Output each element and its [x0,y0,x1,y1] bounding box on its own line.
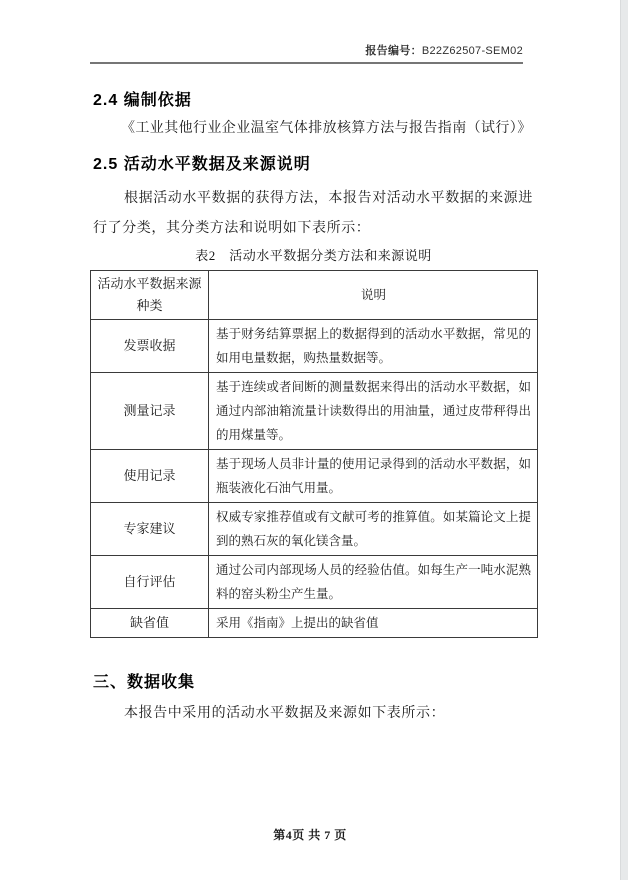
source-type-cell: 缺省值 [91,609,209,638]
description-cell: 采用《指南》上提出的缺省值 [209,609,538,638]
document-page: 报告编号：B22Z62507-SEM02 2.4 编制依据 《工业其他行业企业温… [0,0,628,880]
table-row: 发票收据 基于财务结算票据上的数据得到的活动水平数据，常见的如用电量数据，购热量… [91,320,538,373]
source-type-cell: 专家建议 [91,503,209,556]
section-heading-3: 三、数据收集 [93,669,195,692]
source-type-cell: 发票收据 [91,320,209,373]
table-row: 自行评估 通过公司内部现场人员的经验估值。如每生产一吨水泥熟料的窑头粉尘产生量。 [91,556,538,609]
report-number-value: B22Z62507-SEM02 [422,45,523,57]
description-cell: 基于财务结算票据上的数据得到的活动水平数据，常见的如用电量数据，购热量数据等。 [209,320,538,373]
table-row: 缺省值 采用《指南》上提出的缺省值 [91,609,538,638]
table-caption: 表2 活动水平数据分类方法和来源说明 [90,245,537,264]
viewer-edge-strip [620,0,628,880]
section-heading-2-4: 2.4 编制依据 [93,87,192,110]
table-row: 测量记录 基于连续或者间断的测量数据来得出的活动水平数据，如通过内部油箱流量计读… [91,373,538,450]
page-number-footer: 第4页 共 7 页 [0,826,620,843]
source-type-cell: 自行评估 [91,556,209,609]
description-cell: 基于连续或者间断的测量数据来得出的活动水平数据，如通过内部油箱流量计读数得出的用… [209,373,538,450]
activity-data-table: 活动水平数据来源种类 说明 发票收据 基于财务结算票据上的数据得到的活动水平数据… [90,270,538,638]
header-rule [90,62,523,64]
column-header-source-type: 活动水平数据来源种类 [91,271,209,320]
reference-guideline-text: 《工业其他行业企业温室气体排放核算方法与报告指南（试行）》 [121,117,561,137]
report-number: 报告编号：B22Z62507-SEM02 [90,42,523,58]
data-collection-paragraph: 本报告中采用的活动水平数据及来源如下表所示： [124,702,445,722]
table-row: 使用记录 基于现场人员非计量的使用记录得到的活动水平数据，如瓶装液化石油气用量。 [91,450,538,503]
column-header-description: 说明 [209,271,538,320]
source-type-cell: 使用记录 [91,450,209,503]
description-cell: 权威专家推荐值或有文献可考的推算值。如某篇论文上提到的熟石灰的氧化镁含量。 [209,503,538,556]
section-heading-2-5: 2.5 活动水平数据及来源说明 [93,151,311,174]
description-cell: 通过公司内部现场人员的经验估值。如每生产一吨水泥熟料的窑头粉尘产生量。 [209,556,538,609]
description-cell: 基于现场人员非计量的使用记录得到的活动水平数据，如瓶装液化石油气用量。 [209,450,538,503]
intro-paragraph-line-2: 行了分类，其分类方法和说明如下表所示： [93,217,370,237]
intro-paragraph-line-1: 根据活动水平数据的获得方法，本报告对活动水平数据的来源进 [124,187,533,207]
table-header-row: 活动水平数据来源种类 说明 [91,271,538,320]
source-type-cell: 测量记录 [91,373,209,450]
table-row: 专家建议 权威专家推荐值或有文献可考的推算值。如某篇论文上提到的熟石灰的氧化镁含… [91,503,538,556]
report-number-label: 报告编号： [365,45,422,57]
